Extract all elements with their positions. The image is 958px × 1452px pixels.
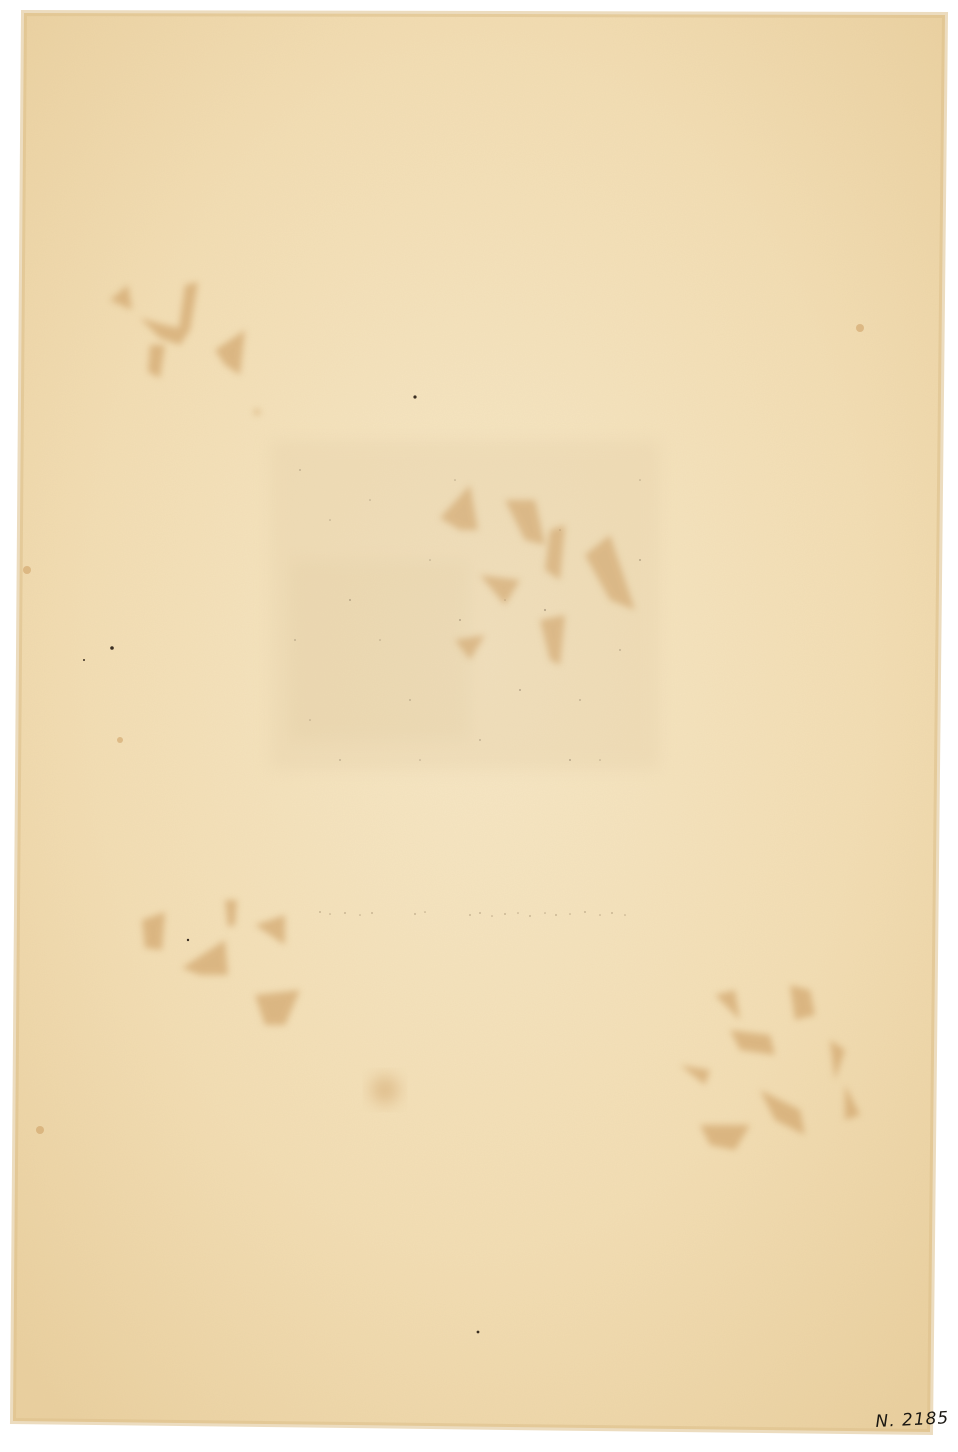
paper-sheet — [0, 0, 958, 1452]
stain-spot — [371, 1076, 399, 1104]
inventory-number: N. 2185 — [875, 1408, 950, 1432]
scan-background: N. 2185 — [0, 0, 958, 1452]
show-through-ghost — [270, 440, 660, 770]
